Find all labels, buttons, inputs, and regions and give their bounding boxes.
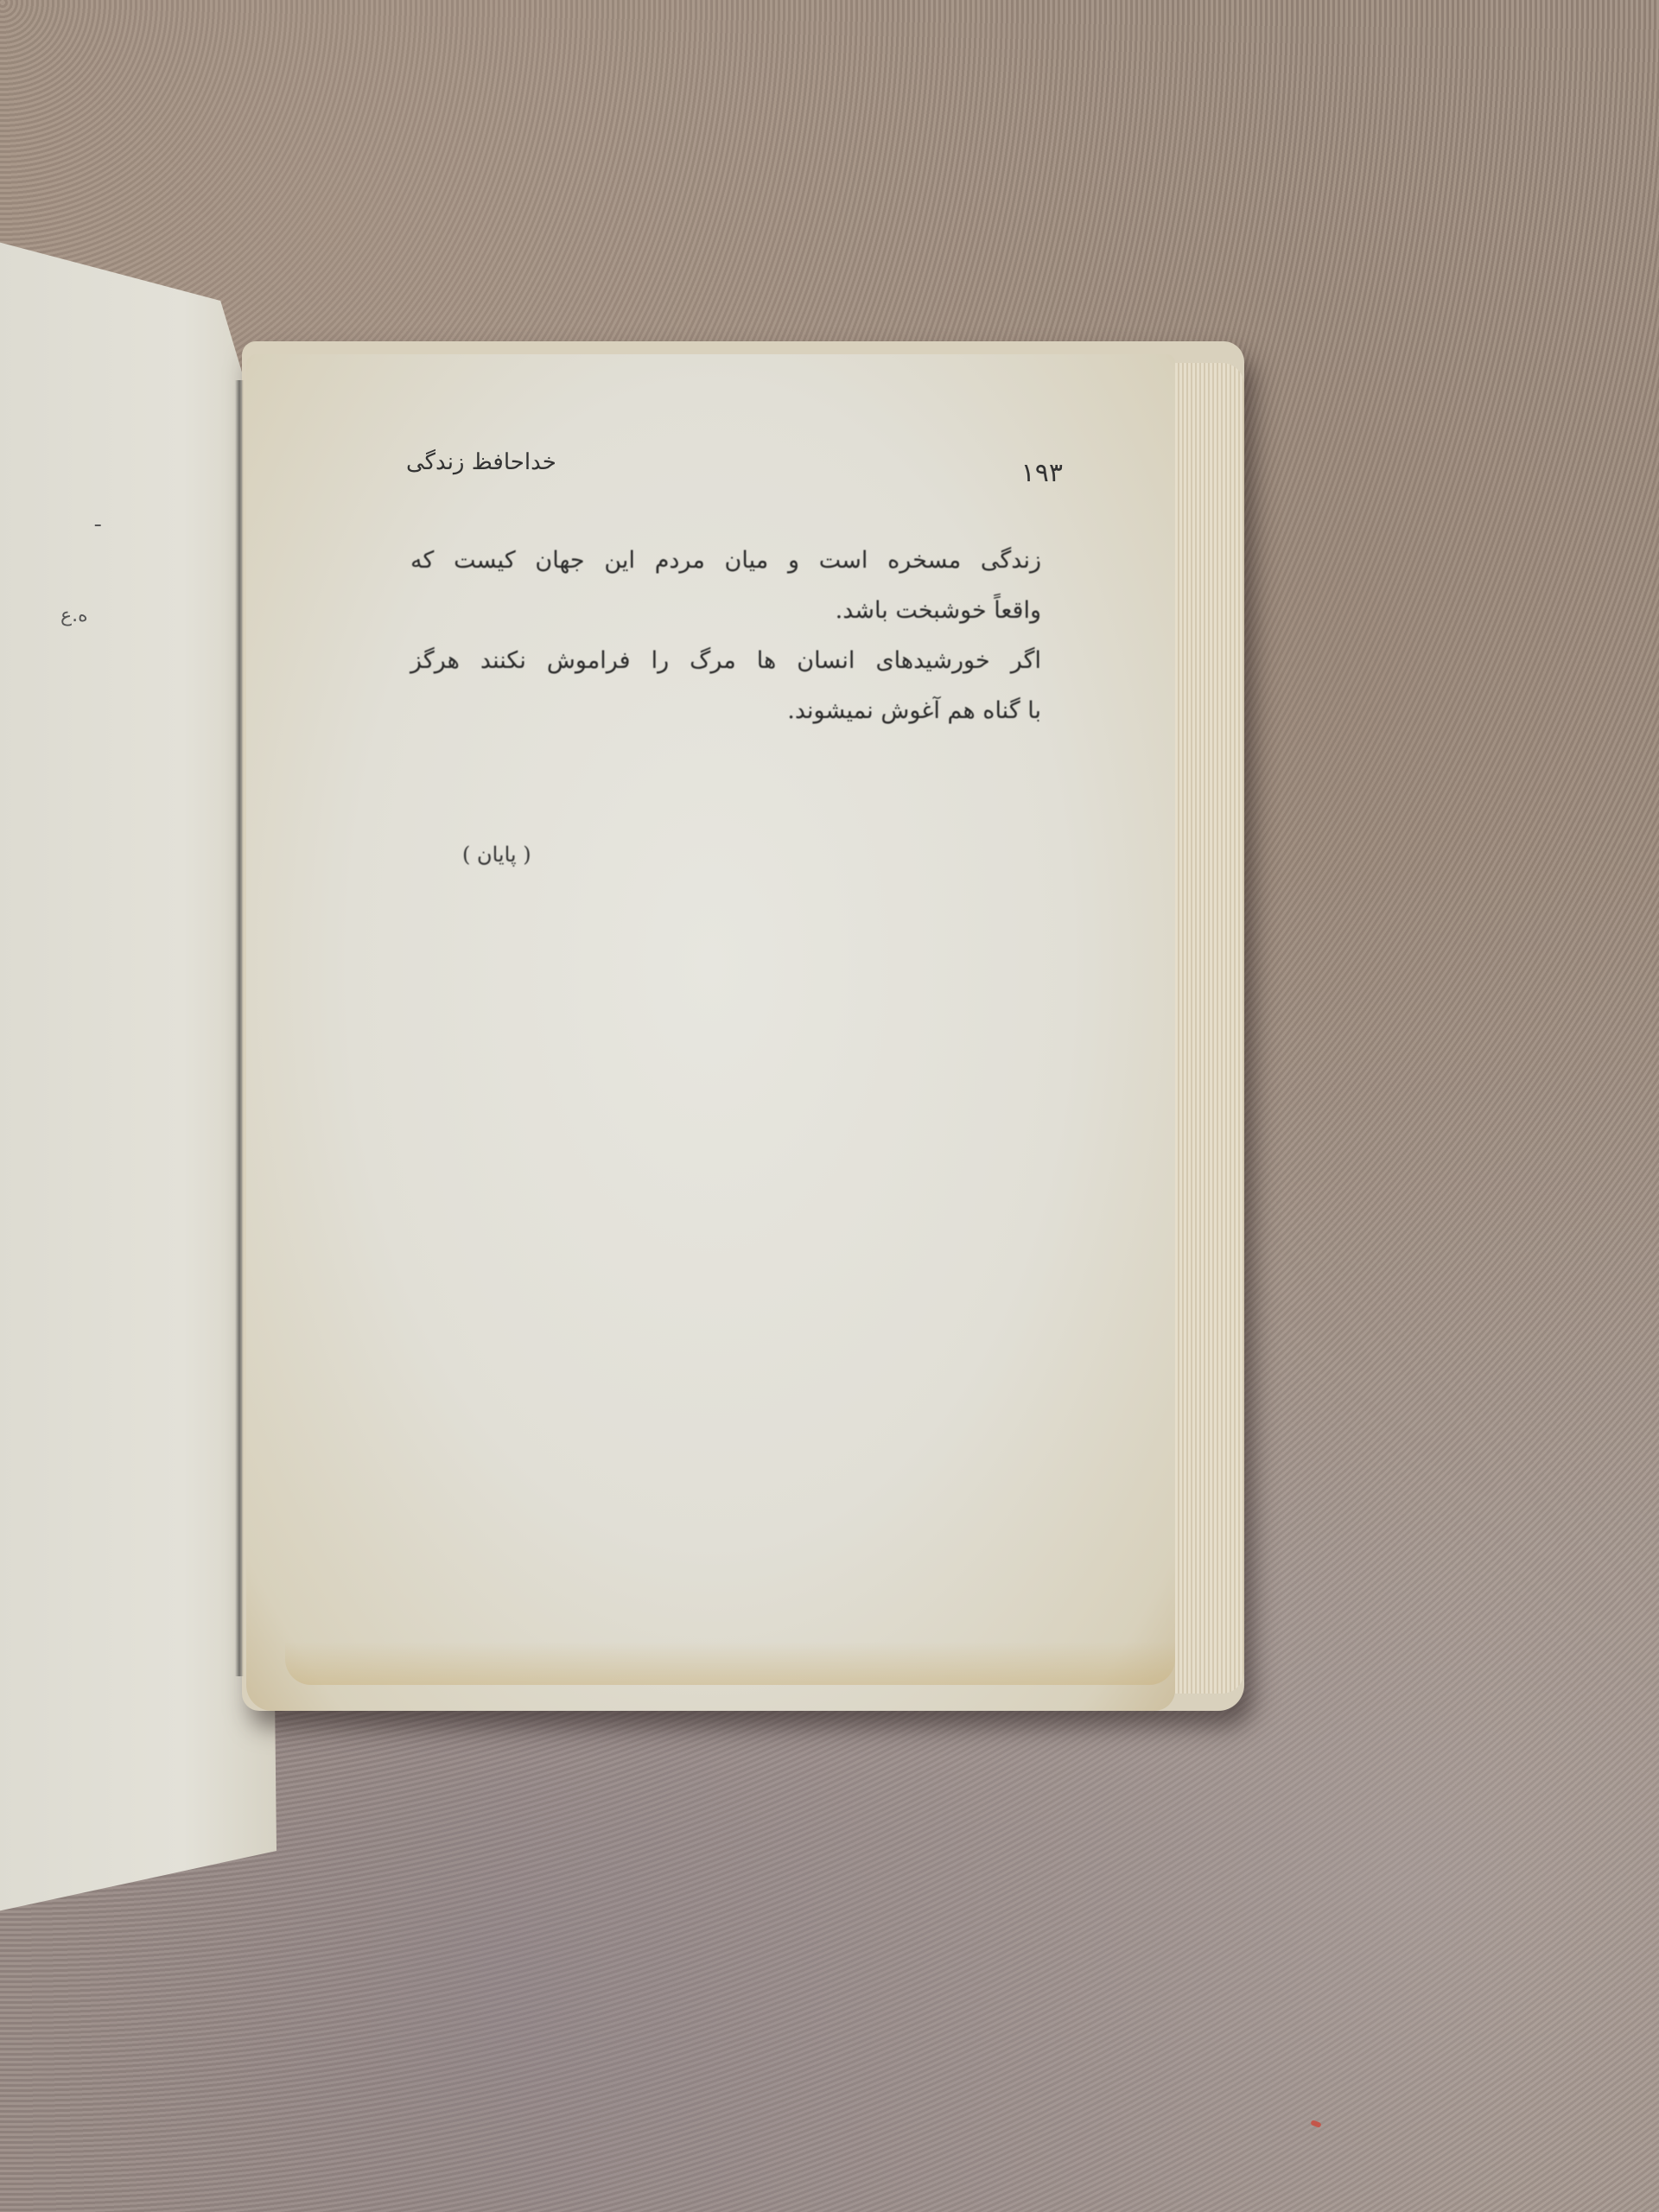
text-line: با گناه هم آغوش نمیشوند.: [410, 686, 1041, 736]
text-line: زندگی مسخره است و میان مردم این جهان کیس…: [410, 536, 1041, 586]
text-line: واقعاً خوشبخت باشد.: [410, 586, 1041, 636]
left-page-mark-1: ـ: [95, 510, 100, 531]
page-body-text: زندگی مسخره است و میان مردم این جهان کیس…: [410, 536, 1041, 736]
page-number: ۱۹۳: [1021, 458, 1063, 488]
carpet-speck: [1310, 2120, 1321, 2128]
running-title: خداحافظ زندگی: [406, 449, 556, 475]
text-line: اگر خورشیدهای انسان ها مرگ را فراموش نکن…: [410, 636, 1041, 686]
book-gutter: [235, 380, 244, 1676]
left-page-mark-2: ه.ع: [60, 605, 88, 626]
end-mark: ( پایان ): [462, 842, 531, 867]
page-header: ۱۹۳ خداحافظ زندگی: [406, 449, 1063, 501]
page-stain: [285, 1642, 1175, 1685]
